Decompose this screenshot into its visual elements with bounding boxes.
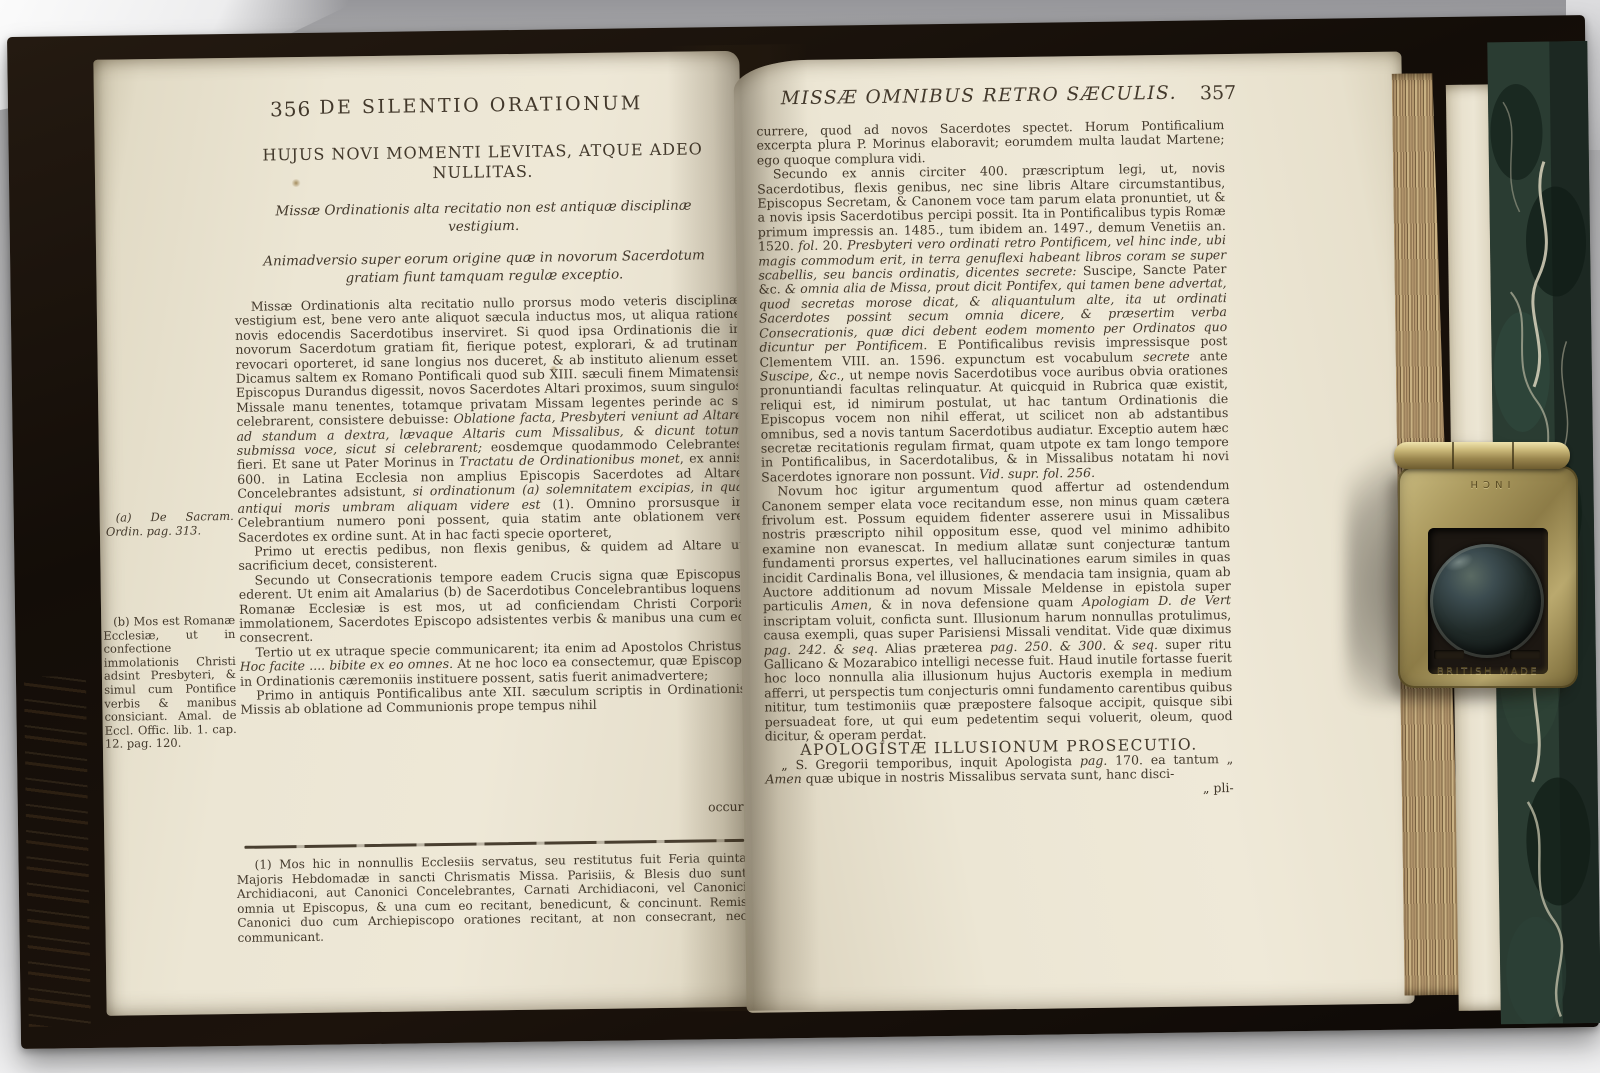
left-catchword: occur-	[242, 799, 748, 821]
italic-run: fol.	[798, 238, 818, 253]
paragraph: Missæ Ordinationis alta recitatio nullo …	[235, 293, 744, 545]
paragraph: Novum hoc igitur argumentum quod affertu…	[761, 478, 1233, 744]
text-run: currere, quod ad novos Sacerdotes specte…	[756, 117, 1224, 167]
paragraph: Primo in antiquis Pontificalibus ante XI…	[240, 682, 746, 718]
lens-glint	[1442, 549, 1476, 574]
paragraph: Secundo ut Consecrationis tempore eadem …	[239, 567, 746, 646]
footnote-rule	[244, 839, 744, 849]
margin-note-a: (a) De Sacram. Ordin. pag. 313.	[106, 510, 234, 539]
paragraph: Secundo ex annis circiter 400. præscript…	[757, 161, 1229, 484]
footnote-text: (1) Mos hic in nonnullis Ecclesiis serva…	[236, 851, 747, 946]
hinge-knuckle	[1452, 442, 1454, 469]
text-run: Primo in antiquis Pontificalibus ante XI…	[240, 681, 746, 717]
magnifier-loupe: INCH BRITISH MADE	[1356, 426, 1592, 712]
cover-edge-texture	[24, 676, 91, 1027]
left-body-text: Missæ Ordinationis alta recitatio nullo …	[235, 293, 747, 718]
hinge-knuckle	[1512, 442, 1514, 469]
loupe-engraving-inch: INCH	[1398, 478, 1578, 489]
loupe-foot-slot	[1434, 650, 1464, 659]
text-run: 20.	[818, 238, 847, 253]
text-run: ante	[1190, 348, 1228, 364]
italic-run: pag.	[1080, 753, 1108, 768]
subheading-1: Missæ Ordinationis alta recitatio non es…	[245, 197, 721, 239]
photo-scene: 356 DE SILENTIO ORATIONUM HUJUS NOVI MOM…	[0, 0, 1600, 1073]
loupe-foot-slot	[1510, 650, 1540, 659]
right-paragraphs: currere, quod ad novos Sacerdotes specte…	[756, 118, 1233, 744]
subheading-2: Animadversio super eorum origine quæ in …	[236, 247, 732, 289]
left-running-title: DE SILENTIO ORATIONUM	[230, 91, 732, 120]
right-running-title: MISSÆ OMNIBUS RETRO SÆCULIS.	[764, 83, 1194, 110]
loupe-lens	[1430, 544, 1544, 658]
loupe-hinge	[1394, 442, 1570, 469]
right-page: MISSÆ OMNIBUS RETRO SÆCULIS. 357 currere…	[733, 52, 1414, 1013]
loupe-engraving-british-made: BRITISH MADE	[1398, 666, 1578, 677]
italic-run: Amen	[832, 598, 869, 614]
margin-note-b: (b) Mos est Romanæ Ecclesiæ, ut in confe…	[103, 614, 237, 752]
right-page-number: 357	[1200, 82, 1237, 105]
left-page: 356 DE SILENTIO ORATIONUM HUJUS NOVI MOM…	[93, 51, 752, 1016]
loupe-frame: INCH BRITISH MADE	[1398, 466, 1578, 688]
right-body-text: currere, quod ad novos Sacerdotes specte…	[756, 118, 1233, 802]
chapter-heading: HUJUS NOVI MOMENTI LEVITAS, ATQUE ADEO N…	[245, 139, 722, 186]
text-run: Secundo ut Consecrationis tempore eadem …	[239, 566, 746, 646]
text-run: 170. ea tantum „	[1107, 751, 1233, 768]
italic-run: Amen	[765, 771, 802, 787]
italic-run: secrete	[1143, 348, 1190, 364]
